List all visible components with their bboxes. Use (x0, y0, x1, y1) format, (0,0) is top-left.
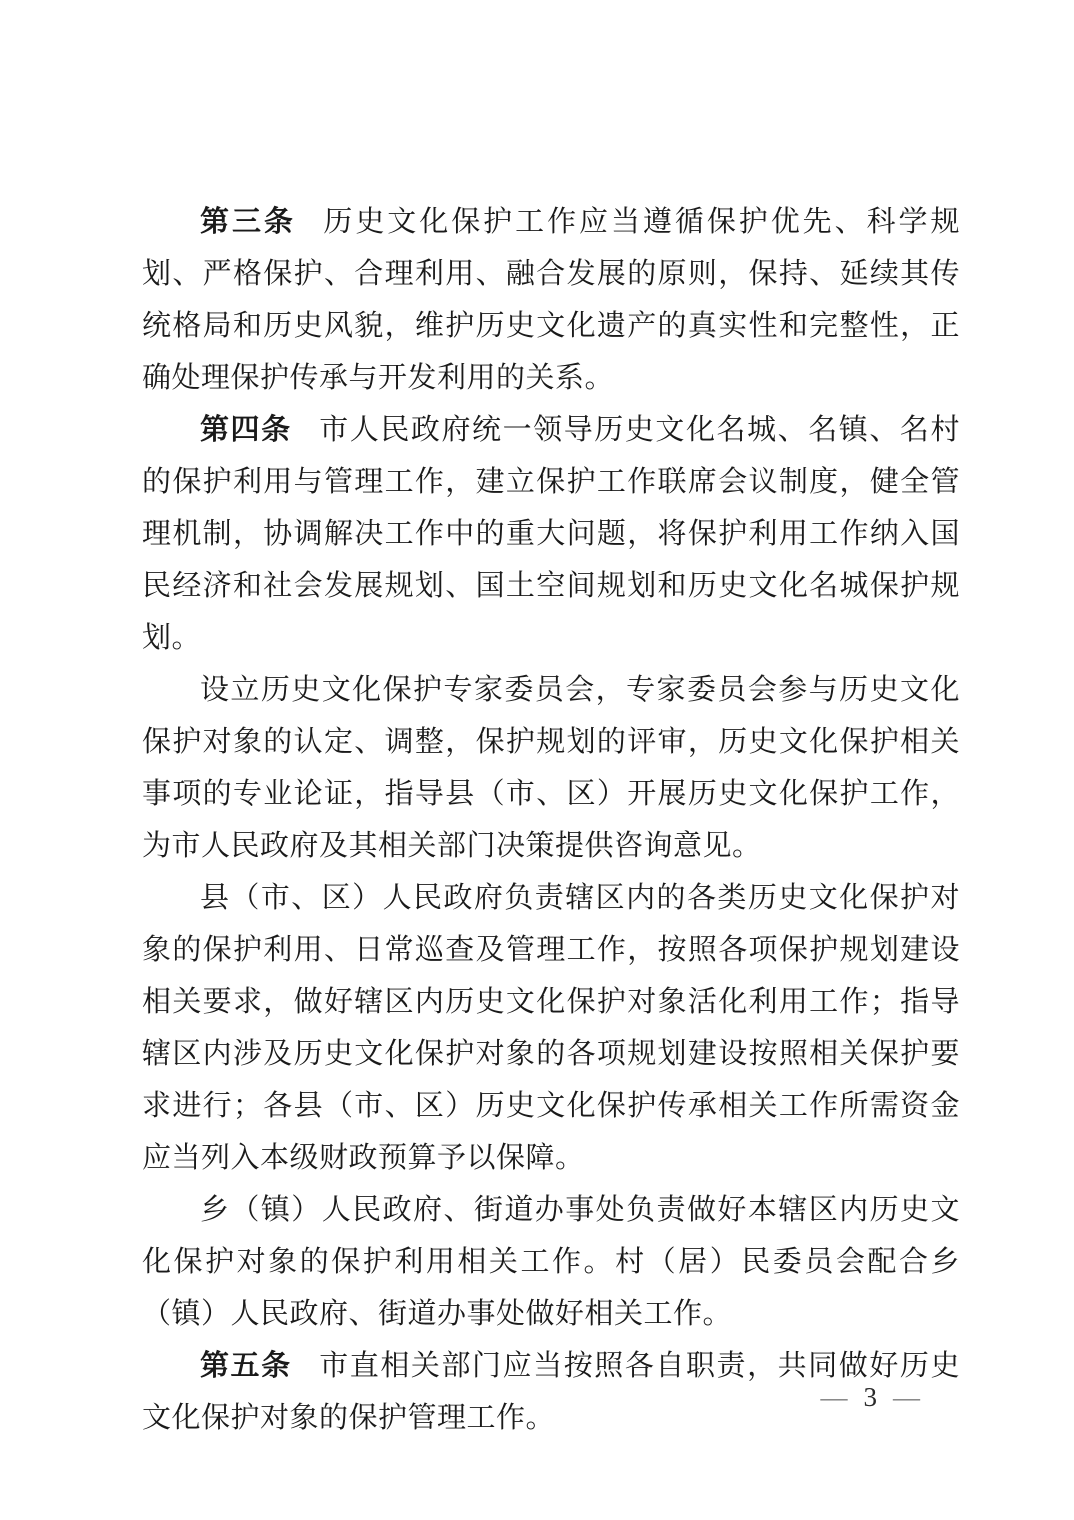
page-footer: —3— (821, 1382, 921, 1412)
paragraph-article-3: 第三条历史文化保护工作应当遵循保护优先、科学规划、严格保护、合理利用、融合发展的… (142, 196, 960, 404)
paragraph-article-4: 第四条市人民政府统一领导历史文化名城、名镇、名村的保护利用与管理工作，建立保护工… (142, 404, 960, 664)
paragraph-text: 县（市、区）人民政府负责辖区内的各类历史文化保护对象的保护利用、日常巡查及管理工… (142, 882, 960, 1174)
paragraph-county-government: 县（市、区）人民政府负责辖区内的各类历史文化保护对象的保护利用、日常巡查及管理工… (142, 872, 960, 1184)
page-number: 3 (864, 1382, 878, 1412)
paragraph-text: 设立历史文化保护专家委员会，专家委员会参与历史文化保护对象的认定、调整，保护规划… (142, 674, 960, 862)
footer-dash-left: — (821, 1382, 848, 1412)
article-label: 第五条 (200, 1350, 292, 1382)
footer-dash-right: — (893, 1382, 920, 1412)
paragraph-text: 市人民政府统一领导历史文化名城、名镇、名村的保护利用与管理工作，建立保护工作联席… (142, 414, 960, 654)
paragraph-township-government: 乡（镇）人民政府、街道办事处负责做好本辖区内历史文化保护对象的保护利用相关工作。… (142, 1184, 960, 1340)
paragraph-text: 乡（镇）人民政府、街道办事处负责做好本辖区内历史文化保护对象的保护利用相关工作。… (142, 1194, 960, 1330)
document-page: 第三条历史文化保护工作应当遵循保护优先、科学规划、严格保护、合理利用、融合发展的… (0, 0, 1074, 1520)
document-body: 第三条历史文化保护工作应当遵循保护优先、科学规划、严格保护、合理利用、融合发展的… (142, 196, 960, 1444)
article-label: 第三条 (200, 206, 296, 238)
article-label: 第四条 (200, 414, 292, 446)
paragraph-expert-committee: 设立历史文化保护专家委员会，专家委员会参与历史文化保护对象的认定、调整，保护规划… (142, 664, 960, 872)
